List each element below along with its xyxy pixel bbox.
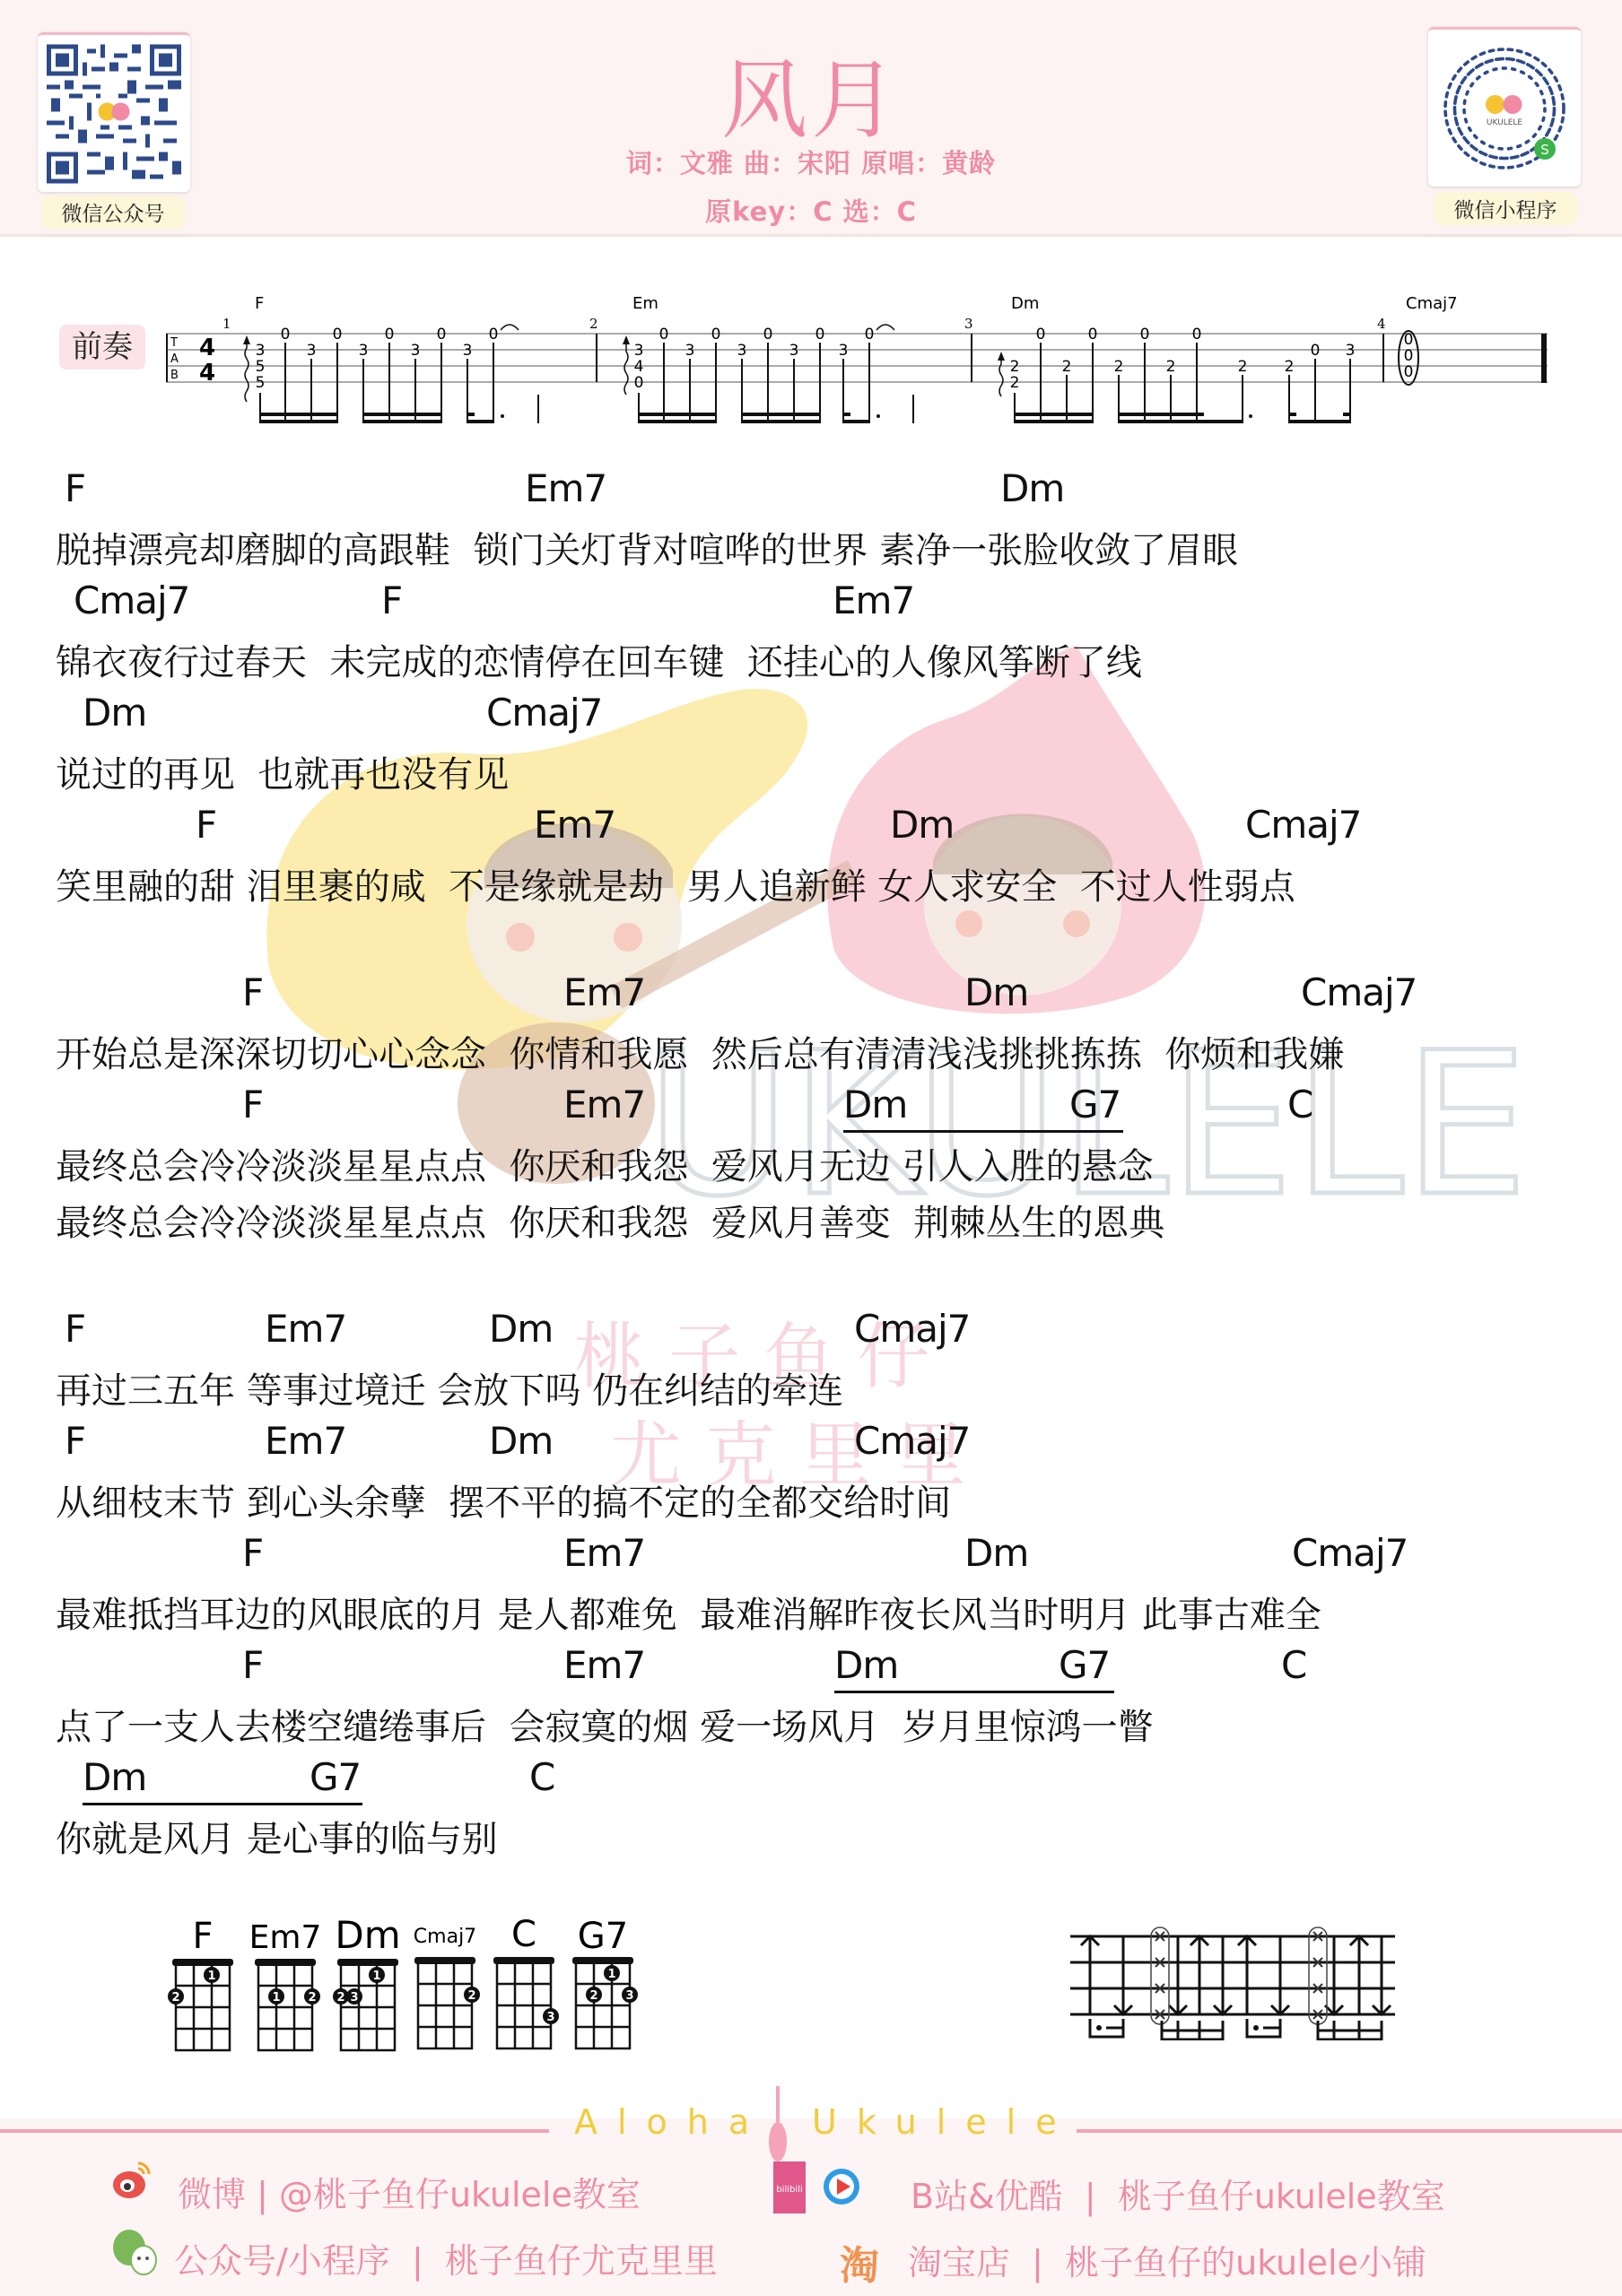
chord-label: Em7 [563, 1531, 645, 1575]
chord-label: F [65, 1307, 85, 1351]
svg-text:0: 0 [865, 326, 875, 344]
chord-label: G7 [1069, 1083, 1121, 1126]
key-info: 原key：C 选：C [0, 192, 1622, 229]
svg-text:4: 4 [634, 358, 644, 376]
chord-label: Dm [1000, 466, 1064, 510]
song-credits: 词：文雅 曲：宋阳 原唱：黄龄 [0, 143, 1622, 180]
chord-label: Cmaj7 [1301, 970, 1417, 1014]
chord-label: C [529, 1755, 554, 1799]
svg-text:1: 1 [207, 1970, 215, 1983]
chord-label: Dm [83, 1755, 146, 1799]
chord-label: Em7 [563, 970, 645, 1014]
chord-diagrams: 1 2 F 1 2 Em7 1 2 3 Dm 2 Cmaj7 3 C 1 2 3… [161, 1901, 879, 2063]
svg-text:0: 0 [1088, 326, 1098, 344]
chord-tie-underline [83, 1803, 362, 1805]
chord-label: F [242, 1643, 263, 1687]
taobao-icon: 淘 [840, 2233, 879, 2291]
chord-diagram-cmaj7: 2 [414, 1957, 480, 2048]
svg-text:Em7: Em7 [249, 1919, 322, 1956]
chord-label: Dm [834, 1643, 898, 1687]
svg-text:0: 0 [333, 326, 343, 344]
svg-text:2: 2 [589, 316, 598, 332]
svg-text:2: 2 [1010, 358, 1020, 376]
svg-text:0: 0 [489, 326, 499, 344]
svg-text:2: 2 [1114, 358, 1124, 376]
lyric-line: 笑里融的甜 泪里裹的咸 不是缘就是劫 男人追新鲜 女人求安全 不过人性弱点 [56, 858, 1295, 909]
svg-text:Cmaj7: Cmaj7 [414, 1926, 476, 1948]
svg-text:3: 3 [546, 2011, 554, 2024]
svg-text:2: 2 [308, 1991, 316, 2005]
footer-taobao[interactable]: 淘宝店 | 桃子鱼仔的ukulele小铺 [908, 2235, 1426, 2284]
chord-label: Em7 [563, 1643, 645, 1687]
svg-text:0: 0 [815, 326, 825, 344]
svg-text:Em: Em [632, 294, 658, 313]
svg-text:2: 2 [1238, 358, 1248, 376]
chord-label: Cmaj7 [854, 1307, 970, 1351]
chord-label: Em7 [534, 803, 615, 847]
chord-label: Dm [964, 1531, 1028, 1575]
chord-diagram-em7: 1 2 [255, 1959, 320, 2050]
svg-text:2: 2 [171, 1991, 179, 2005]
svg-text:B: B [170, 369, 179, 382]
svg-text:2: 2 [336, 1991, 344, 2005]
chord-diagram-g7: 1 2 3 [572, 1957, 638, 2048]
lyric-line: 说过的再见 也就再也没有见 [56, 746, 509, 797]
svg-text:2: 2 [1166, 358, 1176, 376]
svg-text:2: 2 [467, 1989, 475, 2003]
lyric-line: 最终总会冷冷淡淡星星点点 你厌和我怨 爱风月善变 荆棘丛生的恩典 [56, 1195, 1164, 1246]
chord-name: F [192, 1916, 213, 1957]
svg-text:4: 4 [199, 360, 215, 387]
svg-text:4: 4 [199, 335, 215, 361]
chord-label: Dm [489, 1307, 553, 1351]
chord-label: Dm [489, 1419, 553, 1463]
header: 微信公众号 UKULELE S 微信小程序 风月 词：文雅 曲：宋阳 原唱：黄龄… [0, 0, 1622, 237]
bilibili-youku-icon: bilibili [772, 2161, 861, 2213]
chord-label: F [196, 803, 216, 847]
svg-text:4: 4 [1377, 316, 1386, 332]
chord-label: C [1287, 1083, 1312, 1126]
chord-label: Cmaj7 [1245, 803, 1361, 847]
lyric-line: 最难抵挡耳边的风眼底的月 是人都难免 最难消解昨夜长风当时明月 此事古难全 [56, 1587, 1321, 1638]
svg-text:0: 0 [711, 326, 721, 344]
chord-label: G7 [1059, 1643, 1110, 1687]
chord-label: Em7 [563, 1083, 645, 1126]
lyric-line: 你就是风月 是心事的临与别 [56, 1811, 498, 1862]
svg-text:1: 1 [272, 1991, 280, 2005]
chord-label: Em7 [525, 466, 606, 510]
svg-text:0: 0 [659, 326, 669, 344]
svg-text:bilibili: bilibili [776, 2185, 802, 2195]
chord-label: Dm [83, 691, 146, 735]
svg-text:1: 1 [222, 316, 231, 332]
svg-text:3: 3 [463, 342, 473, 360]
svg-text:3: 3 [839, 342, 849, 360]
svg-text:2: 2 [1285, 358, 1295, 376]
svg-text:Dm: Dm [335, 1913, 400, 1957]
footer-weibo[interactable]: 微博 | @桃子鱼仔ukulele教室 [178, 2167, 641, 2216]
chord-label: Em7 [833, 578, 914, 622]
chord-label: Dm [843, 1083, 907, 1126]
chord-diagram-c: 3 [493, 1957, 559, 2048]
strum-pattern [1063, 1924, 1404, 2040]
svg-text:G7: G7 [578, 1916, 628, 1957]
svg-text:5: 5 [256, 374, 266, 392]
weibo-icon [111, 2160, 151, 2201]
svg-text:0: 0 [1404, 331, 1414, 349]
svg-text:3: 3 [307, 342, 317, 360]
svg-text:3: 3 [411, 342, 421, 360]
slogan-ukulele: Ukulele [812, 2102, 1077, 2142]
lyric-line: 脱掉漂亮却磨脚的高跟鞋 锁门关灯背对喧哗的世界 素净一张脸收敛了眉眼 [56, 522, 1238, 573]
footer-divider [1077, 2129, 1622, 2133]
svg-text:0: 0 [1192, 326, 1202, 344]
svg-text:2: 2 [1062, 358, 1072, 376]
chord-tie-underline [843, 1130, 1123, 1133]
svg-text:F: F [255, 294, 264, 313]
svg-text:3: 3 [256, 342, 266, 360]
chord-label: F [242, 1531, 263, 1575]
chord-diagram-dm: 1 2 3 [333, 1959, 398, 2050]
slogan-aloha: Aloha [574, 2102, 769, 2142]
chord-label: F [381, 578, 402, 622]
chord-label: C [1281, 1643, 1306, 1687]
svg-text:Dm: Dm [1011, 294, 1039, 313]
svg-text:0: 0 [437, 326, 447, 344]
svg-text:0: 0 [1140, 326, 1150, 344]
svg-text:0: 0 [1404, 363, 1414, 381]
svg-text:3: 3 [1346, 342, 1356, 360]
lyric-line: 再过三五年 等事过境迁 会放下吗 仍在纠结的牵连 [56, 1362, 843, 1413]
chord-label: G7 [310, 1755, 361, 1799]
svg-text:3: 3 [634, 342, 644, 360]
svg-text:0: 0 [1311, 342, 1321, 360]
chord-label: Cmaj7 [1292, 1531, 1408, 1575]
chord-label: Em7 [265, 1419, 346, 1463]
chord-label: F [242, 970, 263, 1014]
chord-label: F [242, 1083, 263, 1126]
footer-bilibili-youku[interactable]: B站&优酷 | 桃子鱼仔ukulele教室 [911, 2169, 1445, 2218]
wechat-icon [111, 2228, 160, 2278]
svg-text:2: 2 [589, 1989, 597, 2003]
chord-label: F [65, 466, 85, 510]
chord-label: Cmaj7 [486, 691, 602, 735]
svg-text:Cmaj7: Cmaj7 [1406, 294, 1458, 313]
svg-text:1: 1 [607, 1968, 615, 1981]
svg-text:0: 0 [1404, 347, 1414, 365]
svg-text:3: 3 [789, 342, 799, 360]
svg-text:0: 0 [763, 326, 773, 344]
svg-text:3: 3 [359, 342, 369, 360]
chord-label: Cmaj7 [74, 578, 189, 622]
footer-divider [0, 2129, 549, 2133]
svg-text:0: 0 [385, 326, 395, 344]
chord-label: Em7 [265, 1307, 346, 1351]
footer-wechat[interactable]: 公众号/小程序 | 桃子鱼仔尤克里里 [174, 2233, 718, 2283]
svg-text:3: 3 [685, 342, 695, 360]
svg-text:0: 0 [281, 326, 291, 344]
svg-text:T: T [170, 336, 178, 350]
chord-label: Dm [890, 803, 954, 847]
chord-label: Cmaj7 [854, 1419, 970, 1463]
svg-text:3: 3 [964, 316, 973, 332]
ukulele-icon [767, 2086, 789, 2163]
song-title: 风月 [0, 32, 1622, 155]
svg-text:2: 2 [1010, 374, 1020, 392]
chord-label: F [65, 1419, 85, 1463]
lyric-line: 开始总是深深切切心心念念 你情和我愿 然后总有清清浅浅挑挑拣拣 你烦和我嫌 [56, 1026, 1344, 1077]
lyric-line: 锦衣夜行过春天 未完成的恋情停在回车键 还挂心的人像风筝断了线 [56, 634, 1142, 685]
chord-diagram-f: 1 2 [168, 1959, 233, 2050]
svg-text:A: A [170, 352, 179, 366]
svg-text:3: 3 [737, 342, 747, 360]
lyric-line: 从细枝末节 到心头余孽 摆不平的搞不定的全都交给时间 [56, 1474, 951, 1526]
svg-text:C: C [511, 1914, 536, 1955]
chord-tie-underline [834, 1691, 1114, 1693]
svg-text:3: 3 [625, 1989, 633, 2003]
svg-text:3: 3 [350, 1991, 358, 2005]
svg-text:0: 0 [634, 374, 644, 392]
svg-text:1: 1 [372, 1970, 380, 1983]
intro-tablature: TAB 44 1 2 3 4 F Em Dm Cmaj7 355 030 303… [0, 269, 1622, 439]
lyric-line: 最终总会冷冷淡淡星星点点 你厌和我怨 爱风月无边 引人入胜的悬念 [56, 1138, 1154, 1189]
svg-text:0: 0 [1036, 326, 1046, 344]
lyric-line: 点了一支人去楼空缱绻事后 会寂寞的烟 爱一场风月 岁月里惊鸿一瞥 [56, 1699, 1154, 1750]
svg-text:5: 5 [256, 358, 266, 376]
chord-label: Dm [964, 970, 1028, 1014]
